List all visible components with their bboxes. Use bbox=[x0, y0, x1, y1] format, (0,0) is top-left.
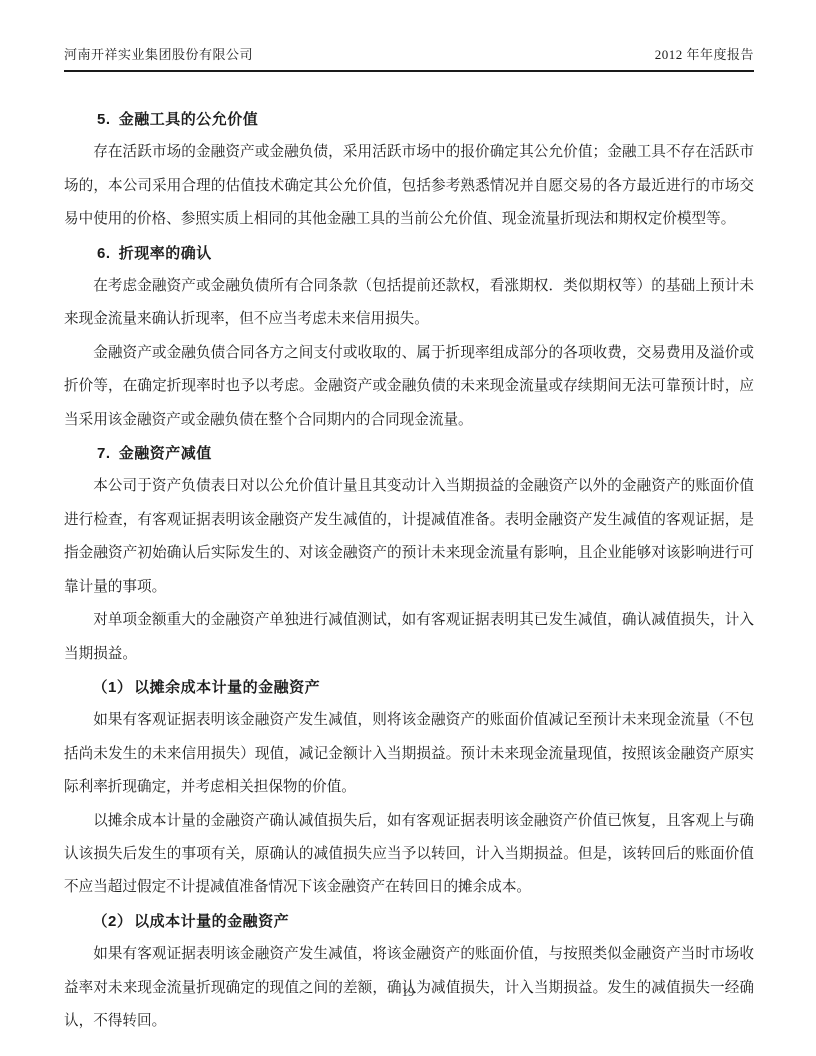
paragraph: 在考虑金融资产或金融负债所有合同条款（包括提前还款权，看涨期权．类似期权等）的基… bbox=[64, 270, 754, 337]
subsection-number: （2） bbox=[93, 913, 133, 930]
page-header: 河南开祥实业集团股份有限公司 2012 年年度报告 bbox=[64, 44, 754, 72]
page-footer: 19 bbox=[0, 985, 816, 1000]
section-heading-7: 7.金融资产减值 bbox=[64, 437, 754, 470]
header-company-name: 河南开祥实业集团股份有限公司 bbox=[64, 44, 253, 63]
page-number: 19 bbox=[402, 985, 415, 999]
section-title: 金融工具的公允价值 bbox=[119, 111, 259, 128]
subsection-title: 以摊余成本计量的金融资产 bbox=[134, 679, 320, 696]
subsection-number: （1） bbox=[93, 679, 133, 696]
paragraph: 存在活跃市场的金融资产或金融负债，采用活跃市场中的报价确定其公允价值；金融工具不… bbox=[64, 136, 754, 236]
paragraph: 金融资产或金融负债合同各方之间支付或收取的、属于折现率组成部分的各项收费，交易费… bbox=[64, 337, 754, 437]
section-number: 6. bbox=[97, 245, 111, 262]
subsection-heading-2: （2）以成本计量的金融资产 bbox=[64, 905, 754, 938]
paragraph: 如果有客观证据表明该金融资产发生减值，则将该金融资产的账面价值减记至预计未来现金… bbox=[64, 704, 754, 804]
section-title: 折现率的确认 bbox=[119, 245, 212, 262]
section-heading-6: 6.折现率的确认 bbox=[64, 237, 754, 270]
paragraph: 以摊余成本计量的金融资产确认减值损失后，如有客观证据表明该金融资产价值已恢复，且… bbox=[64, 805, 754, 905]
paragraph: 本公司于资产负债表日对以公允价值计量且其变动计入当期损益的金融资产以外的金融资产… bbox=[64, 470, 754, 604]
section-title: 金融资产减值 bbox=[119, 445, 212, 462]
document-body: 5.金融工具的公允价值 存在活跃市场的金融资产或金融负债，采用活跃市场中的报价确… bbox=[64, 103, 754, 1038]
subsection-heading-1: （1）以摊余成本计量的金融资产 bbox=[64, 671, 754, 704]
section-number: 7. bbox=[97, 445, 111, 462]
paragraph: 对单项金额重大的金融资产单独进行减值测试，如有客观证据表明其已发生减值，确认减值… bbox=[64, 604, 754, 671]
header-report-title: 2012 年年度报告 bbox=[655, 44, 754, 63]
subsection-title: 以成本计量的金融资产 bbox=[134, 913, 289, 930]
section-heading-5: 5.金融工具的公允价值 bbox=[64, 103, 754, 136]
document-page: 河南开祥实业集团股份有限公司 2012 年年度报告 5.金融工具的公允价值 存在… bbox=[0, 0, 816, 1056]
section-number: 5. bbox=[97, 111, 111, 128]
